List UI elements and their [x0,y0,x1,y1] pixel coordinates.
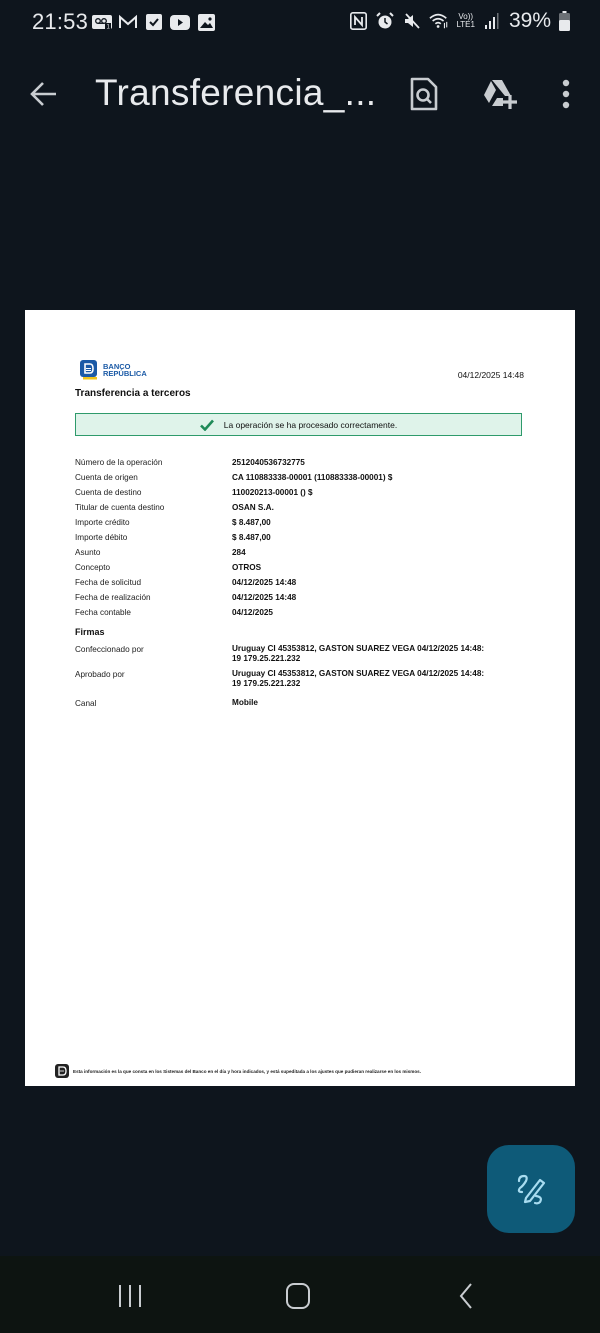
signature-value: Uruguay CI 45353812, GASTON SUAREZ VEGA … [232,669,502,679]
bank-logo: BANCO REPÚBLICA [80,360,147,379]
alarm-icon [375,12,395,30]
system-nav-bar [0,1256,600,1333]
document-page[interactable]: BANCO REPÚBLICA 04/12/2025 14:48 Transfe… [25,310,575,1086]
back-nav-button[interactable] [441,1276,491,1316]
success-message: La operación se ha procesado correctamen… [224,420,397,430]
footer-disclaimer: Esta información es la que consta en los… [73,1069,421,1074]
detail-value: 110020213-00001 () $ [232,485,313,500]
signatures-title: Firmas [75,627,105,637]
document-datetime: 04/12/2025 14:48 [458,370,524,380]
detail-value: 04/12/2025 [232,605,273,620]
detail-label: Número de la operación [75,455,232,470]
signal-icon [482,12,502,30]
detail-label: Importe crédito [75,515,232,530]
nfc-icon [348,12,368,30]
home-icon [285,1282,311,1310]
detail-row: Cuenta de origenCA 110883338-00001 (1108… [75,470,535,485]
detail-value: 2512040536732775 [232,455,305,470]
recent-apps-button[interactable] [105,1276,155,1316]
voicemail-icon: 1 [92,13,112,31]
channel-row: Canal Mobile [75,698,535,709]
signature-row: Aprobado por Uruguay CI 45353812, GASTON… [75,669,535,689]
detail-row: Fecha de realización04/12/2025 14:48 [75,590,535,605]
battery-icon [558,12,570,30]
status-time: 21:53 [32,9,88,35]
detail-row: Fecha contable04/12/2025 [75,605,535,620]
search-in-document-button[interactable] [402,72,446,116]
channel-value: Mobile [232,698,502,709]
home-button[interactable] [273,1276,323,1316]
wifi-icon [429,12,449,30]
document-heading: Transferencia a terceros [75,388,191,399]
detail-label: Fecha de solicitud [75,575,232,590]
youtube-icon [170,13,190,31]
volte-lte-icon: Vo)) LTE1 [456,13,475,29]
bank-footer-logo-icon [55,1064,69,1078]
detail-label: Titular de cuenta destino [75,500,232,515]
arrow-back-icon [30,81,58,107]
more-vert-icon [561,79,571,109]
detail-label: Fecha de realización [75,590,232,605]
detail-label: Importe débito [75,530,232,545]
detail-label: Cuenta de destino [75,485,232,500]
channel-label: Canal [75,698,232,709]
detail-label: Cuenta de origen [75,470,232,485]
bank-name-line2: REPÚBLICA [103,370,147,377]
signature-value: Uruguay CI 45353812, GASTON SUAREZ VEGA … [232,644,502,654]
detail-value: OSAN S.A. [232,500,274,515]
status-bar: 21:53 1 Vo)) LTE1 [0,0,600,46]
detail-label: Fecha contable [75,605,232,620]
signature-value-cont: 19 179.25.221.232 [232,679,502,689]
signature-label: Aprobado por [75,669,232,689]
bank-logo-icon [80,360,98,379]
detail-row: ConceptoOTROS [75,560,535,575]
gmail-icon [118,13,138,31]
detail-label: Concepto [75,560,232,575]
detail-value: 04/12/2025 14:48 [232,575,296,590]
success-banner: La operación se ha procesado correctamen… [75,413,522,436]
search-document-icon [410,77,438,111]
recent-apps-icon [117,1283,143,1309]
mute-icon [402,12,422,30]
battery-percent: 39% [509,9,551,33]
detail-row: Número de la operación2512040536732775 [75,455,535,470]
more-options-button[interactable] [544,72,588,116]
edit-annotate-icon [514,1172,548,1206]
detail-value: OTROS [232,560,261,575]
detail-value: $ 8.487,00 [232,515,271,530]
detail-row: Titular de cuenta destinoOSAN S.A. [75,500,535,515]
back-icon [457,1282,475,1310]
signature-label: Confeccionado por [75,644,232,664]
document-footer: Esta información es la que consta en los… [55,1064,421,1078]
detail-row: Fecha de solicitud04/12/2025 14:48 [75,575,535,590]
annotate-fab[interactable] [487,1145,575,1233]
detail-value: CA 110883338-00001 (110883338-00001) $ [232,470,392,485]
detail-value: $ 8.487,00 [232,530,271,545]
app-bar: Transferencia_... [0,60,600,126]
signature-value-cont: 19 179.25.221.232 [232,654,502,664]
detail-row: Asunto284 [75,545,535,560]
tasks-check-icon [144,13,164,31]
gallery-icon [196,13,216,31]
detail-row: Cuenta de destino110020213-00001 () $ [75,485,535,500]
add-to-drive-button[interactable] [477,72,521,116]
detail-value: 04/12/2025 14:48 [232,590,296,605]
detail-value: 284 [232,545,246,560]
checkmark-icon [200,419,214,431]
signature-row: Confeccionado por Uruguay CI 45353812, G… [75,644,535,664]
back-button[interactable] [24,74,64,114]
drive-add-icon [481,78,517,110]
detail-row: Importe débito$ 8.487,00 [75,530,535,545]
transfer-details: Número de la operación2512040536732775Cu… [75,455,535,620]
document-title: Transferencia_... [95,72,376,114]
detail-row: Importe crédito$ 8.487,00 [75,515,535,530]
detail-label: Asunto [75,545,232,560]
